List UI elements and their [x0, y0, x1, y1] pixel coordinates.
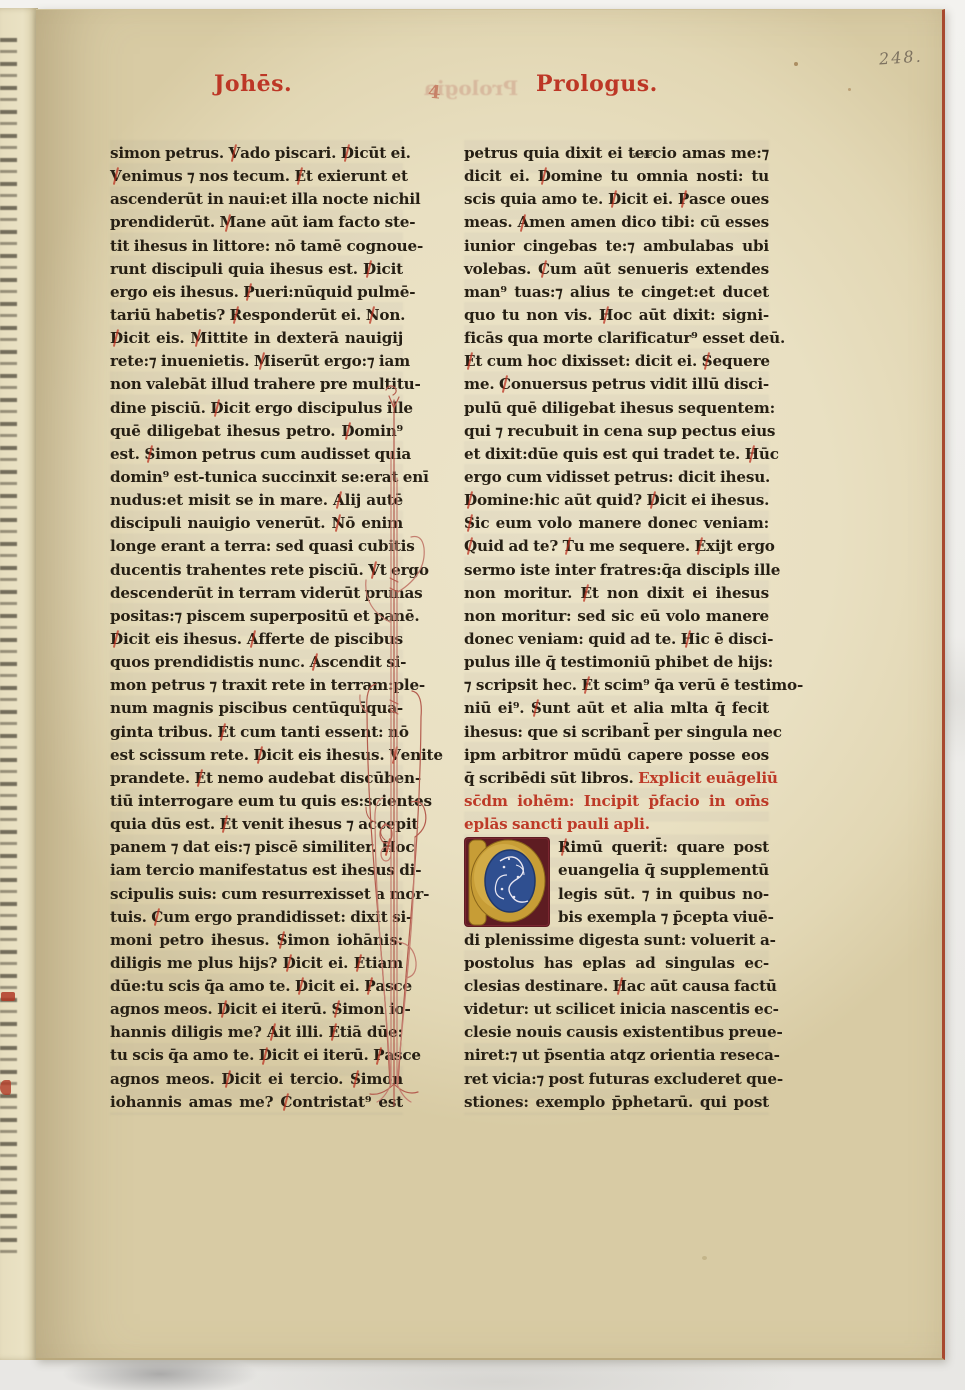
text-line: donec veniam: quid ad te. Hic ē disci-	[464, 628, 769, 651]
stain-speck	[794, 62, 798, 66]
text-line: eplās sancti pauli apli.	[464, 813, 769, 836]
text-line: pulū quē diligebat ihesus sequentem:	[464, 397, 769, 420]
text-line: Quid ad te? Tu me sequere. Exijt ergo	[464, 535, 769, 558]
text-line: ret vicia:⁊ post futuras excluderet que-	[464, 1068, 769, 1091]
text-line: non moritur: sed sic eū volo manere	[464, 605, 769, 628]
text-line: volebas. Cum aūt senueris extendes	[464, 258, 769, 281]
prologue-block: Rimū querit̄: quare posteuangelia q̄ sup…	[464, 836, 769, 1114]
text-line: clesie nouis causis existentibus preue-	[464, 1021, 769, 1044]
facing-page-text-edge	[0, 38, 17, 1258]
illuminated-initial-P-icon	[464, 837, 550, 928]
text-line: clesias destinare. Hac aūt causa factū	[464, 975, 769, 998]
text-line: Venimus ⁊ nos tecum. Et exierunt et	[110, 165, 403, 188]
text-line: Et cum hoc dixisset: dicit ei. Sequere	[464, 350, 769, 373]
text-line: man⁹ tuas:⁊ alius te cinget:et ducet	[464, 281, 769, 304]
text-line: niū ei⁹. Sunt aūt et alia mlta q̄ fecit	[464, 697, 769, 720]
text-line: runt discipuli quia ihesus est. Dicit	[110, 258, 403, 281]
explicit-line: q̄ scribēdi sūt libros. Explicit euāgeli…	[464, 767, 769, 790]
text-line: di plenissime digesta sunt: voluerit a-	[464, 929, 769, 952]
text-line: scis quia amo te. Dicit ei. Pasce oues	[464, 188, 769, 211]
text-line: tit ihesus in littore: nō tamē cognoue-	[110, 235, 403, 258]
text-line: ergo cum vidisset petrus: dicit ihesu.	[464, 466, 769, 489]
text-line: iunior cingebas te:⁊ ambulabas ubi	[464, 235, 769, 258]
folio-number: 248.	[878, 47, 923, 69]
facing-page-edge	[0, 8, 38, 1360]
text-line: ascenderūt in naui:et illa nocte nichil	[110, 188, 403, 211]
facing-page-rubric-mark	[0, 1080, 11, 1095]
text-line: ipm arbitror mūdū capere posse eos	[464, 744, 769, 767]
text-line: rete:⁊ inuenietis. Miserūt ergo:⁊ iam	[110, 350, 403, 373]
gospel-lines: petrus quia dixit ei tercio amas me:⁊dic…	[464, 142, 769, 767]
pen-flourish-decoration-icon	[356, 382, 432, 1110]
text-line: postolus has eplas ad singulas ec-	[464, 952, 769, 975]
text-line: sc̄dm iohēm: Incipit p̄facio in om̄s	[464, 790, 769, 813]
text-line: me. Conuersus petrus vidit illū disci-	[464, 373, 769, 396]
text-line: quo tu non vis. Hoc aūt dixit: signi-	[464, 304, 769, 327]
vellum-leaf: Johēs. 4 Prologia Prologus. 248. sciē si…	[36, 9, 945, 1360]
text-line: et dixit:dūe quis est qui tradet te. Hūc	[464, 443, 769, 466]
text-line: Dicit eis. Mittite in dexterā nauigij	[110, 327, 403, 350]
running-header-right: Prologus.	[536, 71, 658, 97]
text-line: non moritur. Et non dixit ei ihesus	[464, 582, 769, 605]
text-line: tariū habetis? Responderūt ei. Non.	[110, 304, 403, 327]
text-line: ficās qua morte clarificatur⁹ esset deū.	[464, 327, 769, 350]
text-line: simon petrus. Vado piscari. Dicūt ei.	[110, 142, 403, 165]
text-line: qui ⁊ recubuit in cena sup pectus eius	[464, 420, 769, 443]
rubric-lines: sc̄dm iohēm: Incipit p̄facio in om̄seplā…	[464, 790, 769, 836]
text-line: pulus ille q̄ testimoniū phibet de hijs:	[464, 651, 769, 674]
right-column: petrus quia dixit ei tercio amas me:⁊dic…	[464, 142, 769, 1114]
text-line: ⁊ scripsit hec. Et scim⁹ q̄a verū ē test…	[464, 674, 769, 697]
text-line: prendiderūt. Mane aūt iam facto ste-	[110, 211, 403, 234]
text-line: Sic eum volo manere donec veniam:	[464, 512, 769, 535]
text-line: meas. Amen amen dico tibi: cū esses	[464, 211, 769, 234]
text-line: videtur: ut scilicet inicia nascentis ec…	[464, 998, 769, 1021]
running-header-left: Johēs.	[214, 71, 292, 97]
text-line: petrus quia dixit ei tercio amas me:⁊	[464, 142, 769, 165]
text-line: Domine:hic aūt quid? Dicit ei ihesus.	[464, 489, 769, 512]
text-line: niret:⁊ ut p̄sentia atqz orientia reseca…	[464, 1044, 769, 1067]
text-line: stiones: exemplo p̄phetarū. qui post	[464, 1091, 769, 1114]
stain-speck	[848, 88, 851, 91]
text-line: ihesus: que si scribant̄ per singula nec	[464, 721, 769, 744]
text-line: sermo iste inter fratres:q̄a discipls il…	[464, 559, 769, 582]
text-line: ergo eis ihesus. Pueri:nūquid pulmē-	[110, 281, 403, 304]
text-line: dicit ei. Domine tu omnia nosti: tu	[464, 165, 769, 188]
facing-page-rubric-mark	[1, 992, 15, 1001]
showthrough-header: Prologia	[406, 76, 536, 100]
stain-speck	[702, 1256, 707, 1260]
